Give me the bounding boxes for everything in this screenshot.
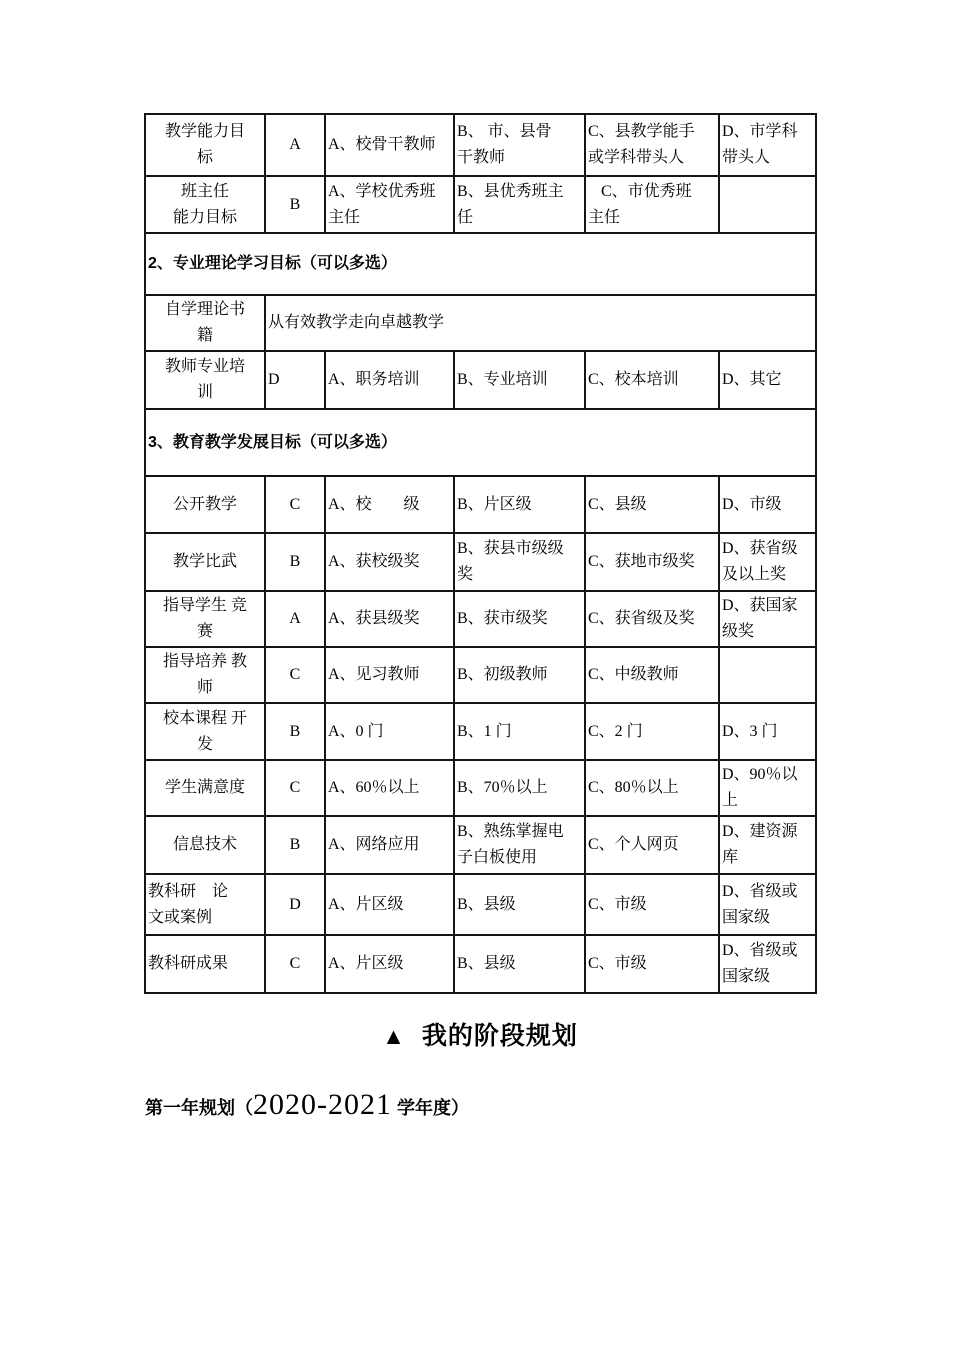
option-a: A、学校优秀班 主任 xyxy=(325,176,454,233)
table-row-information-technology: 信息技术 B A、网络应用 B、熟练掌握电 子白板使用 C、个人网页 D、建资源… xyxy=(145,816,816,874)
option-b: B、县优秀班主 任 xyxy=(454,176,585,233)
option-b: B、1 门 xyxy=(454,703,585,760)
option-b: B、熟练掌握电 子白板使用 xyxy=(454,816,585,874)
selected-option: C xyxy=(265,760,325,816)
option-a: A、获校级奖 xyxy=(325,533,454,591)
option-b: B、获市级奖 xyxy=(454,591,585,647)
table-row-teaching-contest: 教学比武 B A、获校级奖 B、获县市级级 奖 C、获地市级奖 D、获省级 及以… xyxy=(145,533,816,591)
option-a: A、0 门 xyxy=(325,703,454,760)
option-a: A、获县级奖 xyxy=(325,591,454,647)
row-label: 公开教学 xyxy=(145,476,265,533)
section-row-edu-development: 3、教育教学发展目标（可以多选） xyxy=(145,409,816,476)
self-study-book-value: 从有效教学走向卓越教学 xyxy=(265,295,816,351)
option-b: B、片区级 xyxy=(454,476,585,533)
option-b: B、专业培训 xyxy=(454,351,585,409)
selected-option: A xyxy=(265,591,325,647)
row-label: 指导学生 竞 赛 xyxy=(145,591,265,647)
option-c: C、80％以上 xyxy=(585,760,719,816)
table-row-self-study-books: 自学理论书 籍 从有效教学走向卓越教学 xyxy=(145,295,816,351)
table-row-professional-training: 教师专业培 训 D A、职务培训 B、专业培训 C、校本培训 D、其它 xyxy=(145,351,816,409)
year-plan-suffix: 学年度） xyxy=(392,1098,469,1118)
option-d: D、省级或 国家级 xyxy=(719,874,816,935)
section-title: 3、教育教学发展目标（可以多选） xyxy=(145,409,816,476)
selected-option: B xyxy=(265,533,325,591)
option-b: B、 市、县骨 干教师 xyxy=(454,114,585,176)
table-row-student-competition: 指导学生 竞 赛 A A、获县级奖 B、获市级奖 C、获省级及奖 D、获国家 级… xyxy=(145,591,816,647)
option-b: B、初级教师 xyxy=(454,647,585,703)
option-a: A、片区级 xyxy=(325,935,454,993)
option-d-empty xyxy=(719,176,816,233)
document-page: 教学能力目 标 A A、校骨干教师 B、 市、县骨 干教师 C、县教学能手 或学… xyxy=(0,0,960,1357)
section-row-theory-study: 2、专业理论学习目标（可以多选） xyxy=(145,233,816,295)
option-b: B、70％以上 xyxy=(454,760,585,816)
option-c: C、个人网页 xyxy=(585,816,719,874)
option-a: A、见习教师 xyxy=(325,647,454,703)
row-label: 教科研 论 文或案例 xyxy=(145,874,265,935)
selected-option: D xyxy=(265,351,325,409)
option-c: C、2 门 xyxy=(585,703,719,760)
option-c: C、中级教师 xyxy=(585,647,719,703)
row-label: 学生满意度 xyxy=(145,760,265,816)
option-d: D、获国家 级奖 xyxy=(719,591,816,647)
selected-option: B xyxy=(265,176,325,233)
option-a: A、片区级 xyxy=(325,874,454,935)
stage-plan-heading: ▲我的阶段规划 xyxy=(0,1016,960,1052)
year-range: 2020-2021 xyxy=(253,1088,392,1121)
table-row-school-curriculum: 校本课程 开 发 B A、0 门 B、1 门 C、2 门 D、3 门 xyxy=(145,703,816,760)
first-year-plan-line: 第一年规划（2020-2021 学年度） xyxy=(145,1088,469,1122)
option-b: B、获县市级级 奖 xyxy=(454,533,585,591)
selected-option: C xyxy=(265,647,325,703)
option-d: D、3 门 xyxy=(719,703,816,760)
option-d: D、获省级 及以上奖 xyxy=(719,533,816,591)
option-b: B、县级 xyxy=(454,874,585,935)
option-b: B、县级 xyxy=(454,935,585,993)
selected-option: A xyxy=(265,114,325,176)
option-a: A、网络应用 xyxy=(325,816,454,874)
option-a: A、60％以上 xyxy=(325,760,454,816)
option-a: A、校 级 xyxy=(325,476,454,533)
selected-option: D xyxy=(265,874,325,935)
table-row-student-satisfaction: 学生满意度 C A、60％以上 B、70％以上 C、80％以上 D、90％以 上 xyxy=(145,760,816,816)
row-label: 校本课程 开 发 xyxy=(145,703,265,760)
option-c: C、校本培训 xyxy=(585,351,719,409)
selected-option: B xyxy=(265,816,325,874)
stage-plan-title: 我的阶段规划 xyxy=(422,1023,578,1050)
option-c: C、县级 xyxy=(585,476,719,533)
option-c: C、市优秀班 主任 xyxy=(585,176,719,233)
option-c: C、获地市级奖 xyxy=(585,533,719,591)
table-row-research-achievements: 教科研成果 C A、片区级 B、县级 C、市级 D、省级或 国家级 xyxy=(145,935,816,993)
table-row-teaching-ability: 教学能力目 标 A A、校骨干教师 B、 市、县骨 干教师 C、县教学能手 或学… xyxy=(145,114,816,176)
table-row-open-teaching: 公开教学 C A、校 级 B、片区级 C、县级 D、市级 xyxy=(145,476,816,533)
row-label: 信息技术 xyxy=(145,816,265,874)
option-d: D、其它 xyxy=(719,351,816,409)
section-title: 2、专业理论学习目标（可以多选） xyxy=(145,233,816,295)
option-d-empty xyxy=(719,647,816,703)
selected-option: C xyxy=(265,935,325,993)
option-c: C、市级 xyxy=(585,935,719,993)
paren-open: （ xyxy=(235,1098,253,1118)
option-c: C、市级 xyxy=(585,874,719,935)
option-d: D、市学科 带头人 xyxy=(719,114,816,176)
row-label: 指导培养 教 师 xyxy=(145,647,265,703)
table-row-mentoring-teachers: 指导培养 教 师 C A、见习教师 B、初级教师 C、中级教师 xyxy=(145,647,816,703)
year-plan-prefix: 第一年规划 xyxy=(145,1098,235,1118)
option-d: D、市级 xyxy=(719,476,816,533)
row-label: 班主任 能力目标 xyxy=(145,176,265,233)
selected-option: B xyxy=(265,703,325,760)
row-label: 教科研成果 xyxy=(145,935,265,993)
development-goals-table: 教学能力目 标 A A、校骨干教师 B、 市、县骨 干教师 C、县教学能手 或学… xyxy=(144,113,817,994)
table-row-research-papers: 教科研 论 文或案例 D A、片区级 B、县级 C、市级 D、省级或 国家级 xyxy=(145,874,816,935)
option-d: D、建资源 库 xyxy=(719,816,816,874)
row-label: 教学能力目 标 xyxy=(145,114,265,176)
option-c: C、获省级及奖 xyxy=(585,591,719,647)
row-label: 教师专业培 训 xyxy=(145,351,265,409)
option-d: D、省级或 国家级 xyxy=(719,935,816,993)
option-d: D、90％以 上 xyxy=(719,760,816,816)
table-row-head-teacher: 班主任 能力目标 B A、学校优秀班 主任 B、县优秀班主 任 C、市优秀班 主… xyxy=(145,176,816,233)
selected-option: C xyxy=(265,476,325,533)
row-label: 教学比武 xyxy=(145,533,265,591)
option-a: A、校骨干教师 xyxy=(325,114,454,176)
option-a: A、职务培训 xyxy=(325,351,454,409)
triangle-icon: ▲ xyxy=(382,1024,406,1049)
option-c: C、县教学能手 或学科带头人 xyxy=(585,114,719,176)
row-label: 自学理论书 籍 xyxy=(145,295,265,351)
